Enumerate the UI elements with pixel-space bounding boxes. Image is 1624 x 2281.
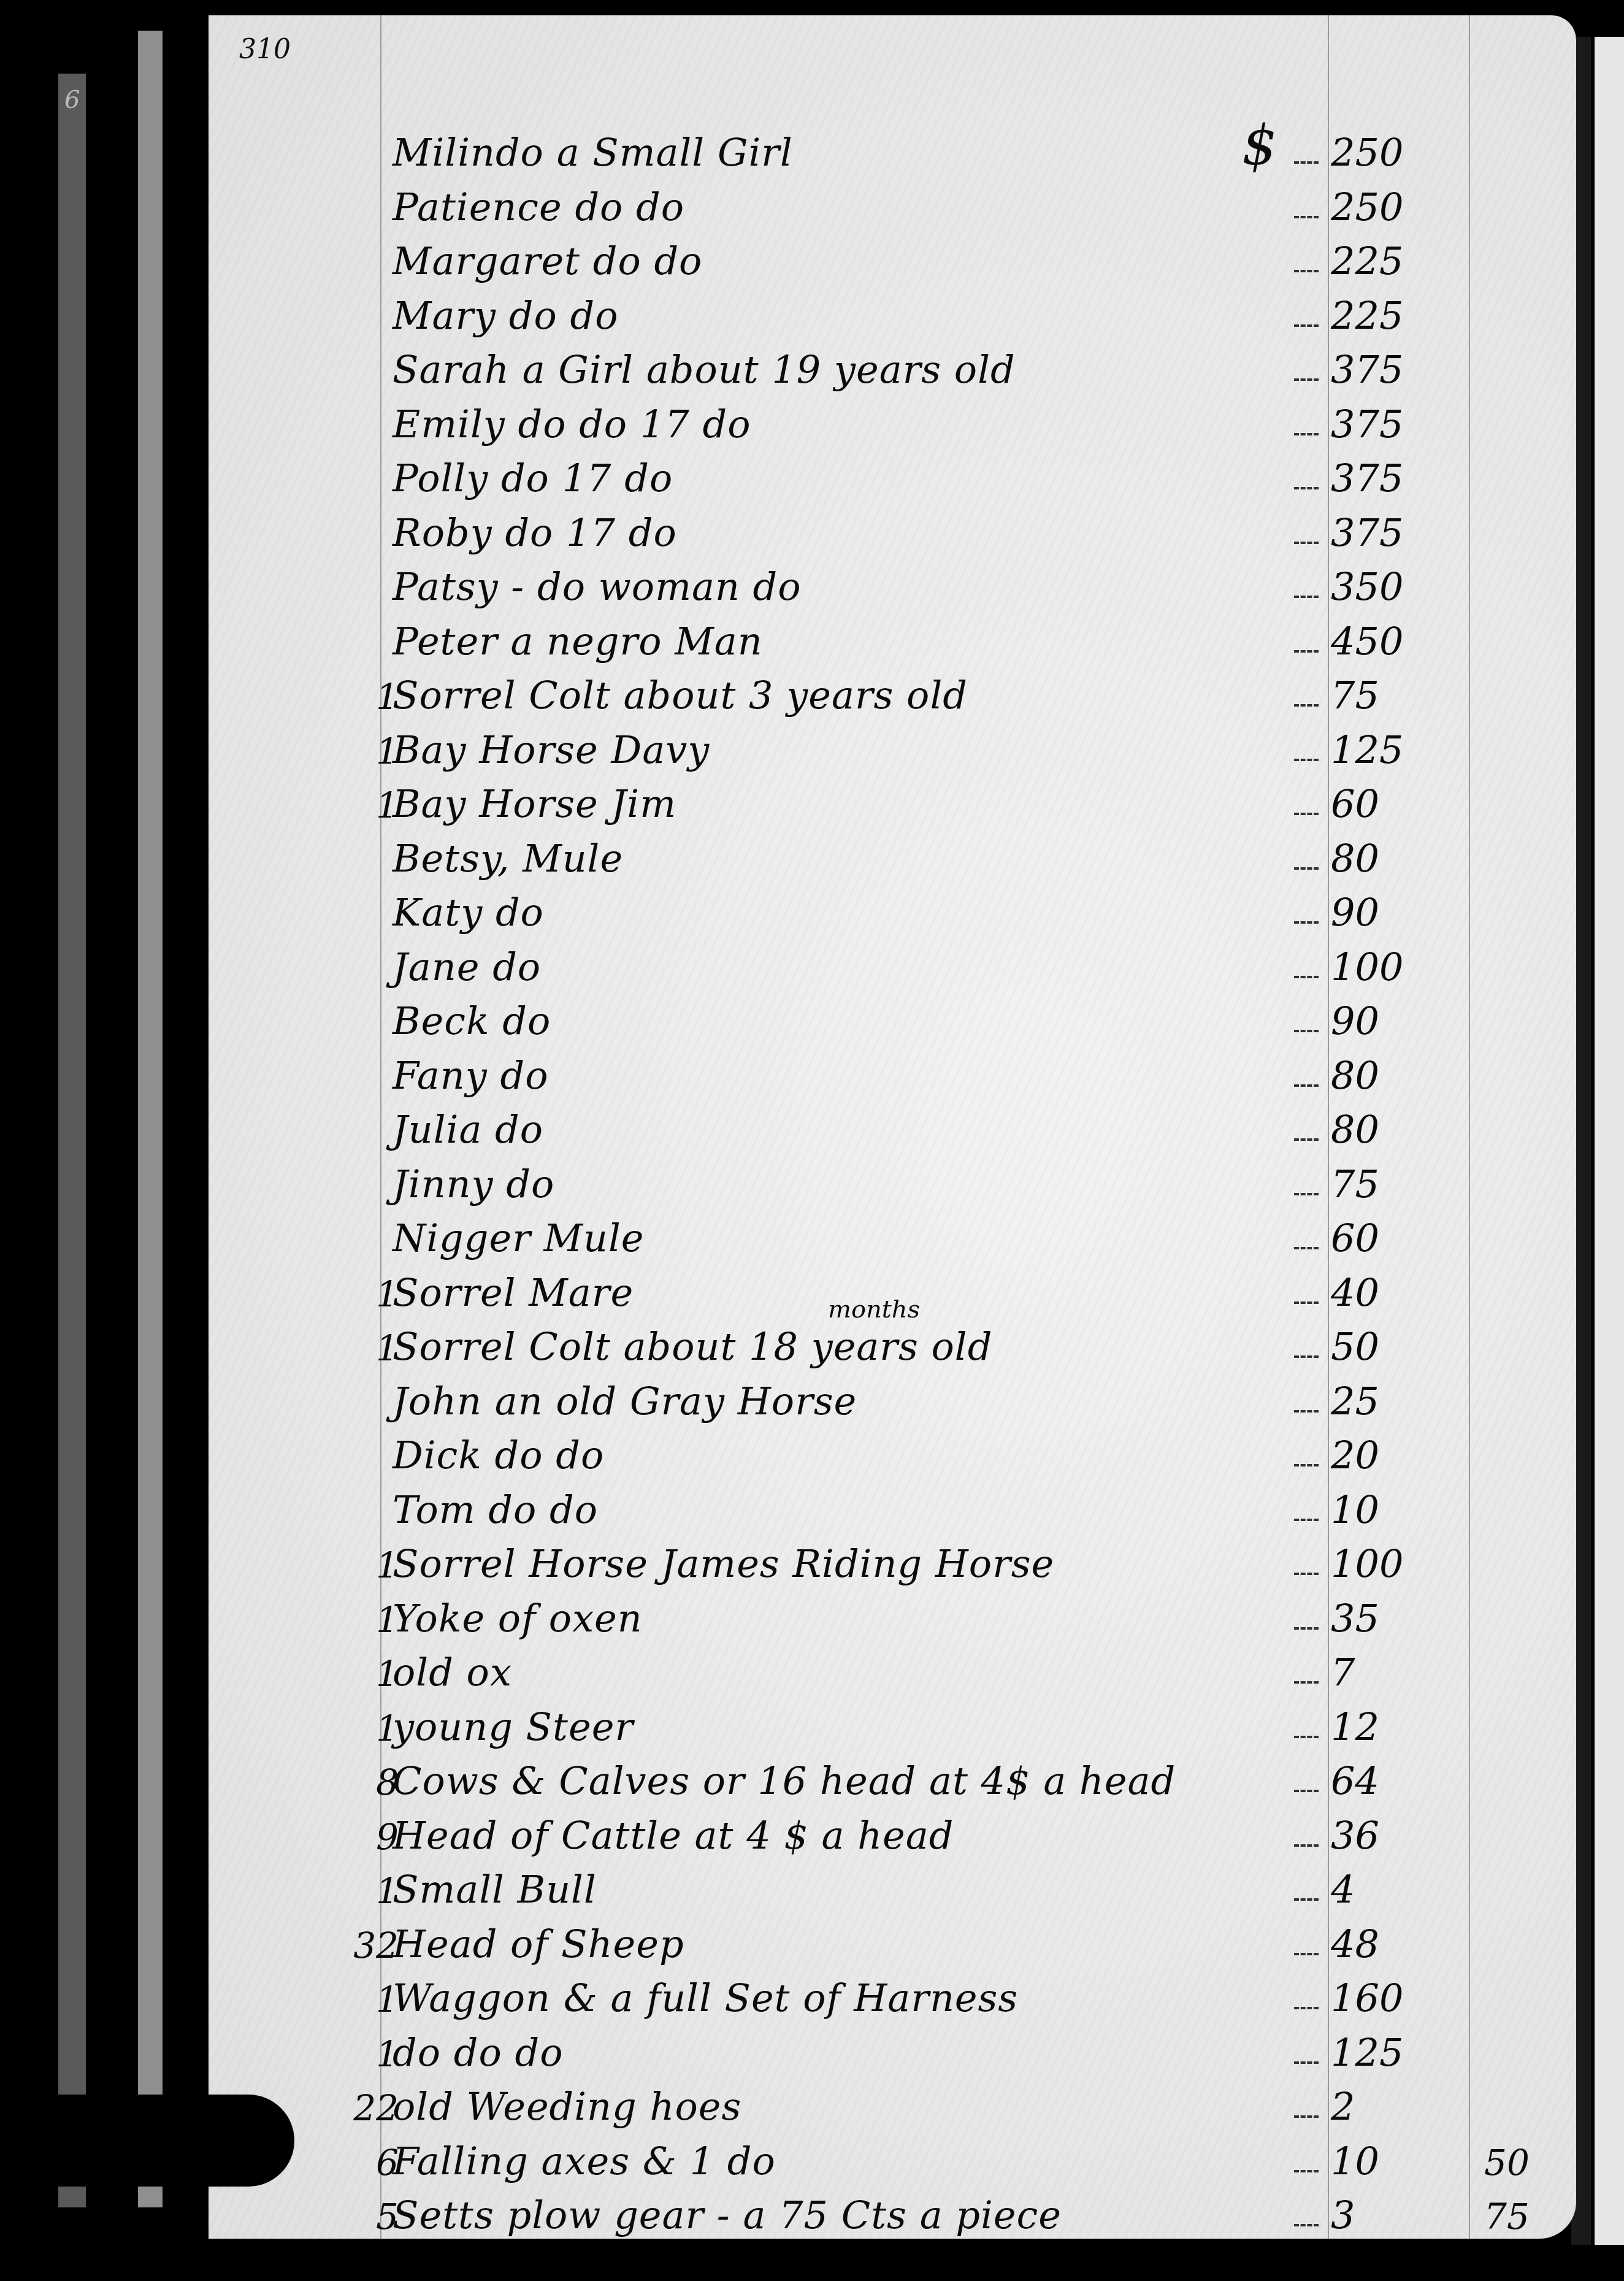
leader-line <box>1294 921 1319 924</box>
leader-line <box>1294 161 1319 164</box>
entry-cents: 75 <box>1484 2196 1558 2237</box>
leader-line <box>1294 1736 1319 1738</box>
ledger-entry: 5Setts plow gear - a 75 Cts a piece375 <box>209 2176 1576 2244</box>
leader-line <box>1294 1790 1319 1792</box>
leader-line <box>1294 2061 1319 2064</box>
leader-line <box>1294 704 1319 707</box>
binding-edge <box>138 31 163 2207</box>
book-binding: 6 <box>0 0 209 2281</box>
leader-line <box>1294 1247 1319 1249</box>
leader-line <box>1294 759 1319 761</box>
leader-line <box>1294 1627 1319 1630</box>
leader-line <box>1294 2170 1319 2172</box>
leader-line <box>1294 813 1319 815</box>
leader-line <box>1294 2224 1319 2226</box>
leader-line <box>1294 1953 1319 1955</box>
leader-line <box>1294 2007 1319 2009</box>
leader-line <box>1294 596 1319 598</box>
leader-line <box>1294 1084 1319 1087</box>
leader-line <box>1294 433 1319 435</box>
leader-line <box>1294 1573 1319 1575</box>
binding-edge <box>58 74 86 2207</box>
leader-line <box>1294 1464 1319 1466</box>
leader-line <box>1294 378 1319 381</box>
leader-line <box>1294 867 1319 870</box>
leader-line <box>1294 270 1319 272</box>
leader-line <box>1294 1844 1319 1847</box>
leader-line <box>1294 1355 1319 1358</box>
page-clip <box>0 2095 294 2187</box>
entry-amount: 3 <box>1331 2193 1460 2237</box>
ledger-page: 310 $ Milindo a Small Girl250Patience do… <box>209 15 1576 2239</box>
leader-line <box>1294 542 1319 544</box>
next-page-edge <box>1595 37 1624 2245</box>
leader-line <box>1294 1138 1319 1141</box>
leader-line <box>1294 976 1319 978</box>
leader-line <box>1294 1681 1319 1684</box>
leader-line <box>1294 2115 1319 2118</box>
leader-line <box>1294 1898 1319 1901</box>
entry-quantity: 5 <box>343 2196 399 2237</box>
leader-line <box>1294 1030 1319 1032</box>
page-number: 310 <box>239 34 291 65</box>
leader-line <box>1294 487 1319 489</box>
leader-line <box>1294 1302 1319 1304</box>
leader-line <box>1294 650 1319 653</box>
entry-description: Setts plow gear - a 75 Cts a piece <box>393 2193 1300 2237</box>
leader-line <box>1294 216 1319 218</box>
leader-line <box>1294 324 1319 327</box>
interlinear-insertion: months <box>828 1295 920 1324</box>
leader-line <box>1294 1193 1319 1195</box>
leader-line <box>1294 1519 1319 1521</box>
margin-mark: 6 <box>64 86 80 114</box>
leader-line <box>1294 1410 1319 1413</box>
